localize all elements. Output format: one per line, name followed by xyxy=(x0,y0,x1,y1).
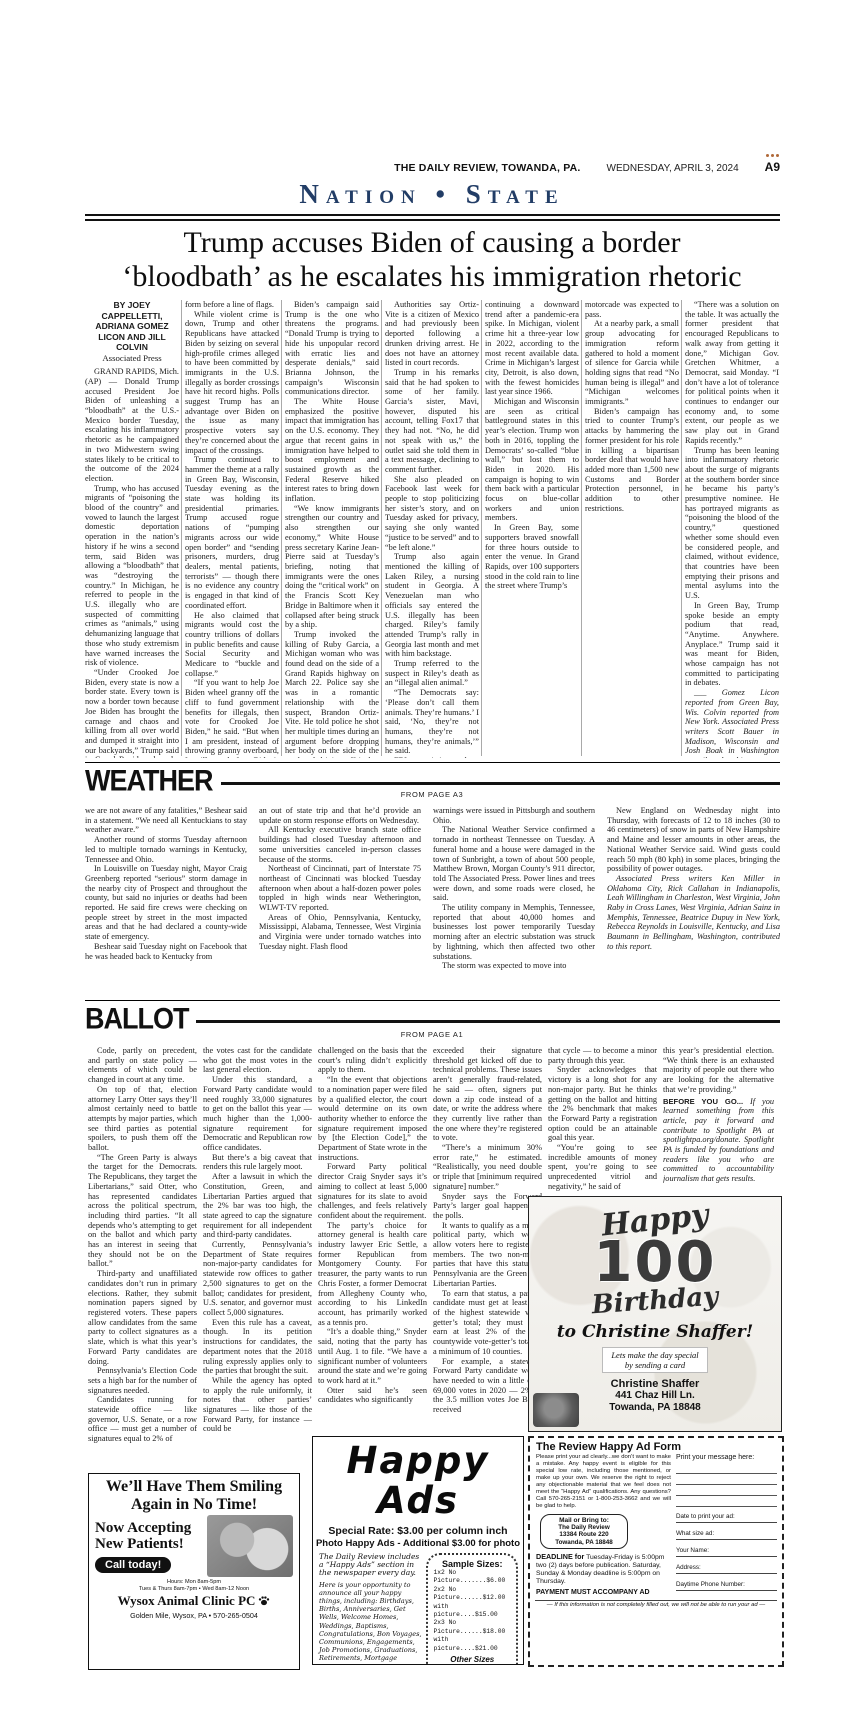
masthead: THE DAILY REVIEW, TOWANDA, PA. WEDNESDAY… xyxy=(85,156,780,174)
happy-ads-rate: Special Rate: $3.00 per column inch xyxy=(313,1525,523,1537)
article-column-1: BY JOEY CAPPELLETTI,ADRIANA GOMEZLICON A… xyxy=(85,300,179,758)
weather-column-2: an out of state trip and that he’d provi… xyxy=(259,806,421,998)
article-column-5: continuing a downward trend after a pand… xyxy=(485,300,579,758)
wysox-clinic-name: Wysox Animal Clinic PC xyxy=(89,1593,299,1610)
wysox-clinic-ad: We’ll Have Them Smiling Again in No Time… xyxy=(88,1473,300,1670)
wysox-subhead: Now Accepting New Patients! xyxy=(95,1520,203,1552)
ballot-column-1: Code, partly on precedent, and partly on… xyxy=(88,1046,197,1462)
sample-sizes-title: Sample Sizes: xyxy=(433,1559,511,1569)
weather-column-3: warnings were issued in Pittsburgh and s… xyxy=(433,806,595,998)
article-column-6: motorcade was expected to pass.At a near… xyxy=(585,300,679,758)
ballot-column-2: the votes cast for the candidate who got… xyxy=(203,1046,312,1462)
birthday-ad: Happy 100 Birthday to Christine Shaffer!… xyxy=(528,1196,782,1432)
page-number: A9 xyxy=(765,160,780,174)
birthday-ad-tagline: Lets make the day special by sending a c… xyxy=(602,1347,707,1373)
happy-ads-title: Happy Ads xyxy=(313,1441,523,1521)
other-sizes-note: Other Sizes Available! xyxy=(433,1655,511,1665)
article-byline-org: Associated Press xyxy=(85,354,179,364)
print-message-label: Print your message here: xyxy=(676,1454,777,1461)
paw-icon xyxy=(258,1594,270,1610)
double-rule xyxy=(85,214,780,221)
section-banner: Nation • State xyxy=(0,179,864,210)
form-payment-note: PAYMENT MUST ACCOMPANY AD xyxy=(536,1589,671,1596)
article-headline: Trump accuses Biden of causing a border … xyxy=(60,226,804,294)
column-rule xyxy=(281,300,282,756)
masthead-date: WEDNESDAY, APRIL 3, 2024 xyxy=(607,163,739,174)
rose-photo xyxy=(533,1393,579,1427)
form-footnote: — If this information is not completely … xyxy=(535,1600,777,1608)
weather-column-1: we are not aware of any fatalities,” Bes… xyxy=(85,806,247,998)
article-column-2: form before a line of flags.While violen… xyxy=(185,300,279,758)
ballot-column-4: exceeded their signature threshold get k… xyxy=(433,1046,542,1428)
column-rule xyxy=(181,300,182,756)
birthday-ad-recipient: to Christine Shaffer! xyxy=(529,1322,781,1342)
call-today-button: Call today! xyxy=(95,1557,171,1573)
ballot-rule xyxy=(196,1020,780,1023)
column-rule xyxy=(481,300,482,756)
article-column-7: “There was a solution on the table. It w… xyxy=(685,300,779,758)
column-rule xyxy=(681,300,682,756)
article-byline: BY JOEY CAPPELLETTI,ADRIANA GOMEZLICON A… xyxy=(85,300,179,353)
message-write-in-lines[interactable] xyxy=(676,1463,777,1509)
wysox-address: Golden Mile, Wysox, PA • 570-265-0504 xyxy=(89,1611,299,1620)
ballot-column-3: challenged on the basis that the court’s… xyxy=(318,1046,427,1428)
pets-photo xyxy=(207,1515,293,1577)
headline-line-1: Trump accuses Biden of causing a border xyxy=(60,226,804,260)
before-you-go-note: BEFORE YOU GO... If you learned somethin… xyxy=(663,1097,774,1184)
birthday-ad-name: Christine Shaffer xyxy=(529,1378,781,1390)
ballot-from-page: FROM PAGE A1 xyxy=(0,1030,864,1039)
masthead-paper-name: THE DAILY REVIEW, TOWANDA, PA. xyxy=(394,162,580,174)
wysox-hours: Hours: Mon 8am-5pm Tues & Thurs 8am-7pm … xyxy=(89,1579,299,1592)
form-title: The Review Happy Ad Form xyxy=(530,1438,782,1453)
headline-line-2: ‘bloodbath’ as he escalates his immigrat… xyxy=(60,260,804,294)
form-deadline: DEADLINE for Tuesday-Friday is 5:00pm tw… xyxy=(536,1553,671,1586)
weather-from-page: FROM PAGE A3 xyxy=(0,790,864,799)
happy-ad-order-form: The Review Happy Ad Form Please print yo… xyxy=(528,1436,784,1667)
ballot-divider xyxy=(85,1000,780,1001)
weather-rule xyxy=(221,782,781,785)
happy-ads-photo-rate: Photo Happy Ads - Additional $3.00 for p… xyxy=(313,1538,523,1549)
column-rule xyxy=(381,300,382,756)
newspaper-page: THE DAILY REVIEW, TOWANDA, PA. WEDNESDAY… xyxy=(0,0,864,1728)
form-instructions: Please print your ad clearly...we don’t … xyxy=(536,1454,671,1510)
happy-ads-blurb: The Daily Review includes a “Happy Ads” … xyxy=(319,1553,422,1665)
sample-sizes-box: Sample Sizes: 1x2 No Picture.......$6.00… xyxy=(426,1553,518,1665)
ballot-column-5: that cycle — to become a minor party thr… xyxy=(548,1046,657,1192)
wysox-headline: We’ll Have Them Smiling Again in No Time… xyxy=(89,1478,299,1513)
weather-column-4: New England on Wednesday night into Thur… xyxy=(607,806,780,998)
page-marker-dots-icon xyxy=(766,154,779,157)
mail-or-bring-box: Mail or Bring to: The Daily Review13384 … xyxy=(540,1514,628,1549)
happy-ads-box: Happy Ads Special Rate: $3.00 per column… xyxy=(312,1436,524,1665)
ballot-column-6: this year’s presidential election. “We t… xyxy=(663,1046,774,1192)
form-fields[interactable]: Date to print your ad:What size ad:Your … xyxy=(676,1513,777,1591)
weather-divider xyxy=(85,762,780,763)
article-column-4: Authorities say Ortiz-Vite is a citizen … xyxy=(385,300,479,758)
article-column-3: Biden’s campaign said Trump is the one w… xyxy=(285,300,379,758)
column-rule xyxy=(581,300,582,756)
